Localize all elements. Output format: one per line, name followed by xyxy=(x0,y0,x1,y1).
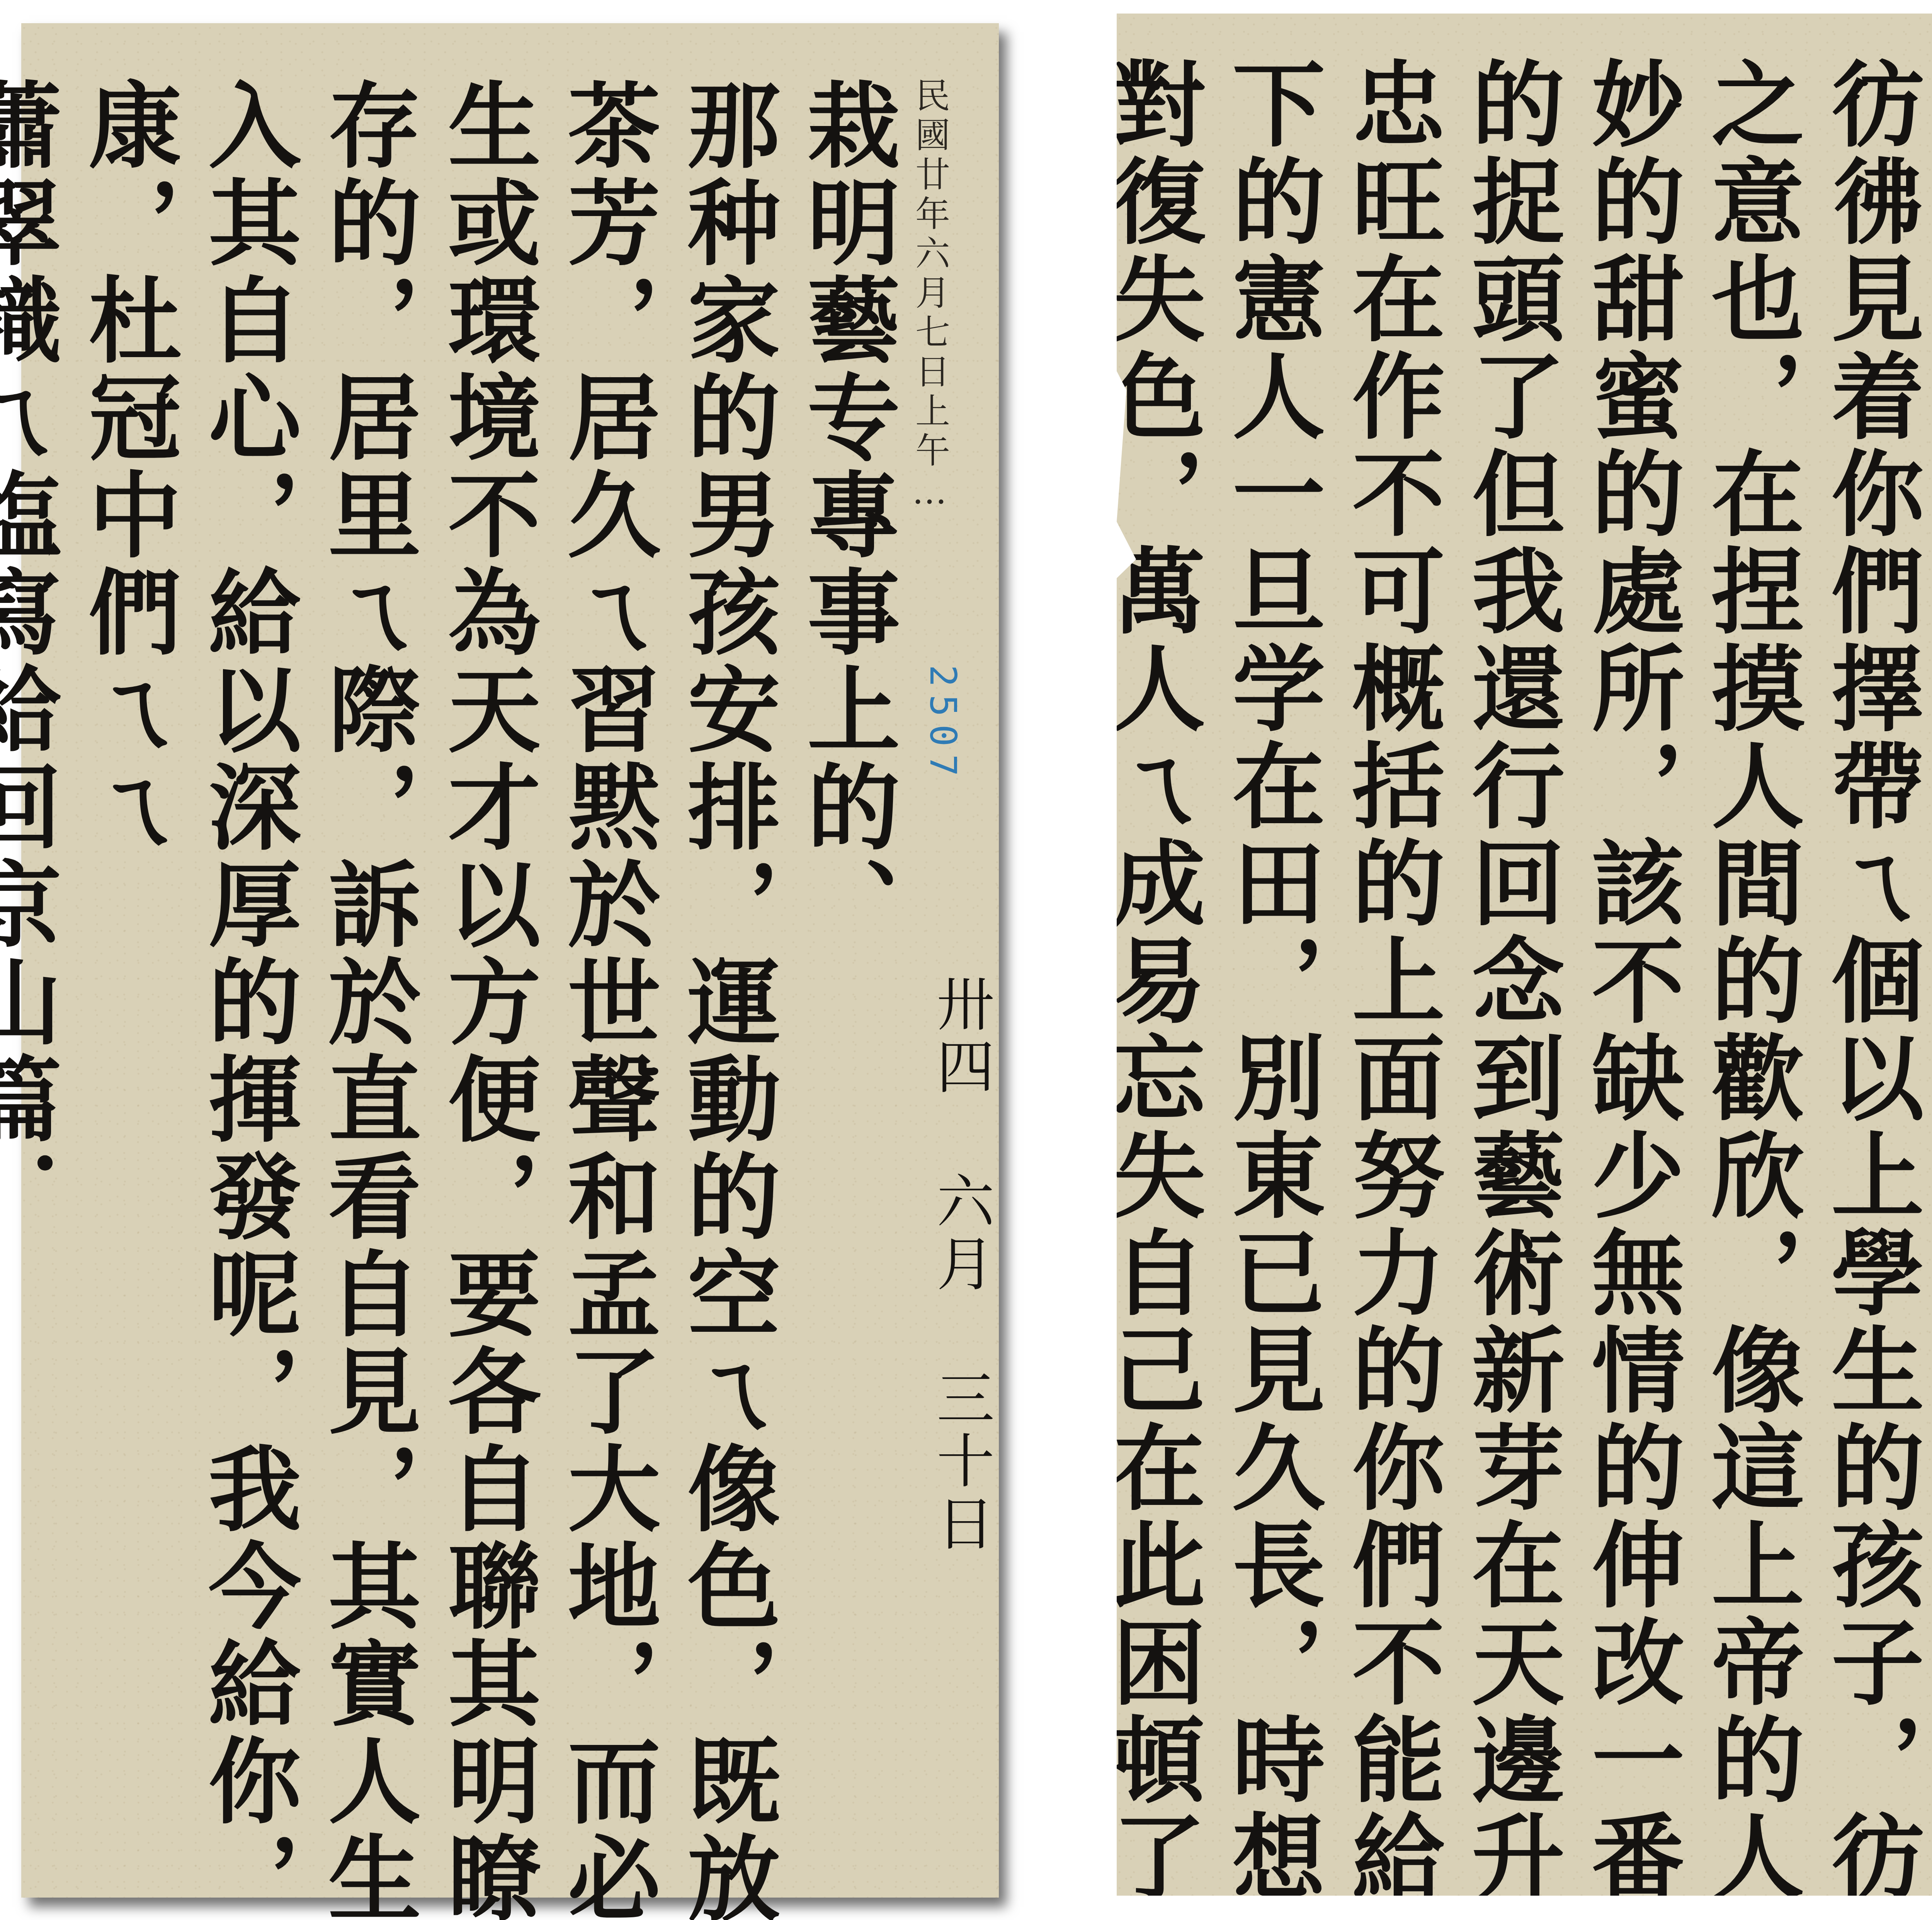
left-manuscript-page: 民國廿年六月七日上午… 栽明藝专專事上的、 那种家的男孩安排，運動的空ㄟ像色，既… xyxy=(21,23,999,1898)
letter-date: 卅四 六月 三十日 xyxy=(922,974,999,1898)
text-column: 彷彿見着你們擇帶ㄟ個以上學生的孩子，彷彿整冬 xyxy=(1810,56,1930,1896)
text-column: 對復失色，萬人ㄟ成易忘失自己在此困頓了中，該不持此的 xyxy=(1092,56,1211,1896)
text-column: 下的憲人一旦学在田，別東已見久長，時想今尺ㄟ思而 xyxy=(1211,56,1331,1896)
archive-stamp-2507: 2507 xyxy=(922,665,964,784)
text-column: 之意也，在捏摸人間的歡欣，像這上帝的人生放下他 xyxy=(1690,56,1810,1896)
date-column-wrap: 卅四 六月 三十日 xyxy=(114,974,999,1898)
signature-column: 蕭翠識ㄟ塩寫給回京山篇． xyxy=(0,77,68,1898)
text-column: 的捉頭了但我還行回念到藝術新芽在天邊升長，在 xyxy=(1451,56,1571,1896)
right-manuscript-page: 廿ㄟ 桓 彷彿見着你們擇帶ㄟ個以上學生的孩子，彷彿整冬 之意也，在捏摸人間的歡欣… xyxy=(1117,14,1932,1896)
right-page-text: 廿ㄟ 桓 彷彿見着你們擇帶ㄟ個以上學生的孩子，彷彿整冬 之意也，在捏摸人間的歡欣… xyxy=(1117,56,1932,1896)
page-header: 廿ㄟ 桓 xyxy=(1930,56,1932,1896)
text-column: 妙的甜蜜的處所，該不缺少無情的伸改一番撲識 xyxy=(1571,56,1690,1896)
text-column: 忠旺在作不可概括的上面努力的你們不能給雲山遠陽ㄟ xyxy=(1331,56,1451,1896)
